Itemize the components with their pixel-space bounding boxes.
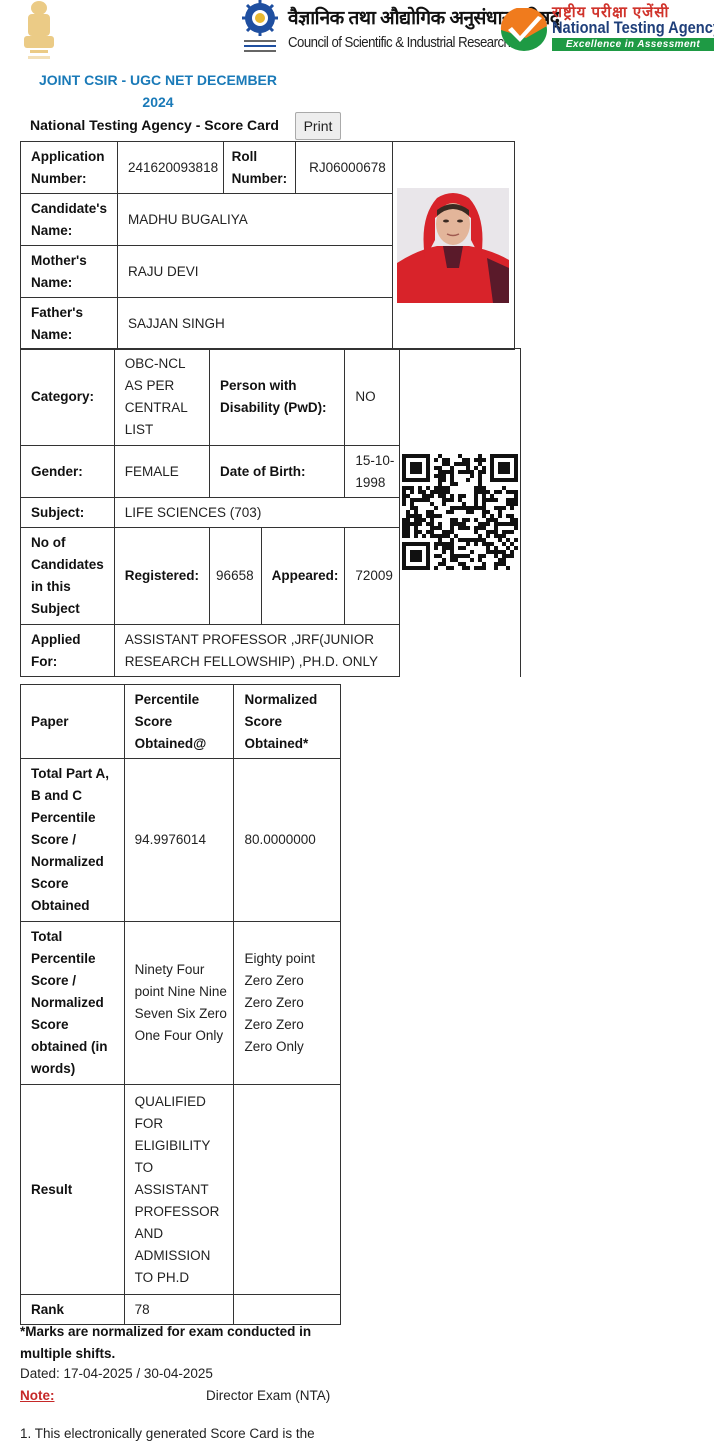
- table-row: Total Part A, B and C Percentile Score /…: [21, 759, 341, 922]
- header-normalized: Normalized Score Obtained*: [234, 685, 341, 759]
- header-paper: Paper: [21, 685, 125, 759]
- table-row: Rank 78: [21, 1295, 341, 1325]
- percentile-words: Ninety Four point Nine Nine Seven Six Ze…: [124, 922, 234, 1085]
- registered-value: 96658: [210, 528, 262, 625]
- signatory: Director Exam (NTA): [206, 1388, 330, 1403]
- mother-name-value: RAJU DEVI: [117, 246, 392, 298]
- row-label: Result: [21, 1085, 125, 1295]
- nta-checkmark-logo-icon: [500, 8, 548, 52]
- exam-title: JOINT CSIR - UGC NET DECEMBER 2024: [30, 69, 286, 113]
- score-table-header: Paper Percentile Score Obtained@ Normali…: [21, 685, 341, 759]
- rank-value: 78: [124, 1295, 234, 1325]
- category-value: OBC-NCL AS PER CENTRAL LIST: [114, 349, 209, 446]
- father-name-label: Father's Name:: [21, 298, 118, 350]
- qr-code: [402, 454, 518, 570]
- mother-name-label: Mother's Name:: [21, 246, 118, 298]
- pwd-label: Person with Disability (PwD):: [210, 349, 345, 446]
- subject-label: Subject:: [21, 498, 115, 528]
- candidate-name-value: MADHU BUGALIYA: [117, 194, 392, 246]
- normalization-note: *Marks are normalized for exam conducted…: [20, 1321, 340, 1365]
- rank-empty: [234, 1295, 341, 1325]
- subject-value: LIFE SCIENCES (703): [114, 498, 399, 528]
- candidate-details-table: Application Number: 241620093818 Roll Nu…: [20, 141, 515, 350]
- header-percentile: Percentile Score Obtained@: [124, 685, 234, 759]
- note-item-1: 1. This electronically generated Score C…: [20, 1426, 315, 1441]
- csir-logo-icon: [238, 0, 282, 54]
- applied-for-label: Applied For:: [21, 625, 115, 677]
- dated-text: Dated: 17-04-2025 / 30-04-2025: [20, 1366, 213, 1381]
- percentile-value: 94.9976014: [124, 759, 234, 922]
- category-label: Category:: [21, 349, 115, 446]
- roll-number-value: RJ06000678: [296, 142, 393, 194]
- candidate-name-label: Candidate's Name:: [21, 194, 118, 246]
- row-label: Rank: [21, 1295, 125, 1325]
- appeared-value: 72009: [345, 528, 400, 625]
- result-empty: [234, 1085, 341, 1295]
- scorecard-title: National Testing Agency - Score Card: [30, 117, 279, 133]
- pwd-value: NO: [345, 349, 400, 446]
- candidates-count-label: No of Candidates in this Subject: [21, 528, 115, 625]
- applied-for-value: ASSISTANT PROFESSOR ,JRF(JUNIOR RESEARCH…: [114, 625, 399, 677]
- registered-label: Registered:: [114, 528, 209, 625]
- photo-cell: [392, 142, 514, 350]
- gender-label: Gender:: [21, 446, 115, 498]
- row-label: Total Part A, B and C Percentile Score /…: [21, 759, 125, 922]
- result-value: QUALIFIED FOR ELIGIBILITY TO ASSISTANT P…: [124, 1085, 234, 1295]
- national-emblem-icon: [18, 0, 60, 64]
- print-button[interactable]: Print: [295, 112, 341, 140]
- table-row: Total Percentile Score / Normalized Scor…: [21, 922, 341, 1085]
- appeared-label: Appeared:: [261, 528, 345, 625]
- roll-number-label: Roll Number:: [223, 142, 296, 194]
- normalized-value: 80.0000000: [234, 759, 341, 922]
- father-name-value: SAJJAN SINGH: [117, 298, 392, 350]
- row-label: Total Percentile Score / Normalized Scor…: [21, 922, 125, 1085]
- application-number-label: Application Number:: [21, 142, 118, 194]
- qr-cell: [399, 349, 520, 677]
- note-label: Note:: [20, 1388, 55, 1403]
- candidate-photo: [397, 188, 509, 303]
- csir-english-name: Council of Scientific & Industrial Resea…: [288, 34, 510, 51]
- dob-label: Date of Birth:: [210, 446, 345, 498]
- dob-value: 15-10-1998: [345, 446, 400, 498]
- candidate-category-table: Category: OBC-NCL AS PER CENTRAL LIST Pe…: [20, 348, 521, 677]
- nta-english-name: National Testing Agency: [552, 18, 714, 38]
- normalized-words: Eighty point Zero Zero Zero Zero Zero Ze…: [234, 922, 341, 1085]
- table-row: Result QUALIFIED FOR ELIGIBILITY TO ASSI…: [21, 1085, 341, 1295]
- gender-value: FEMALE: [114, 446, 209, 498]
- nta-tagline: Excellence in Assessment: [552, 38, 714, 51]
- score-table: Paper Percentile Score Obtained@ Normali…: [20, 684, 341, 1325]
- application-number-value: 241620093818: [117, 142, 223, 194]
